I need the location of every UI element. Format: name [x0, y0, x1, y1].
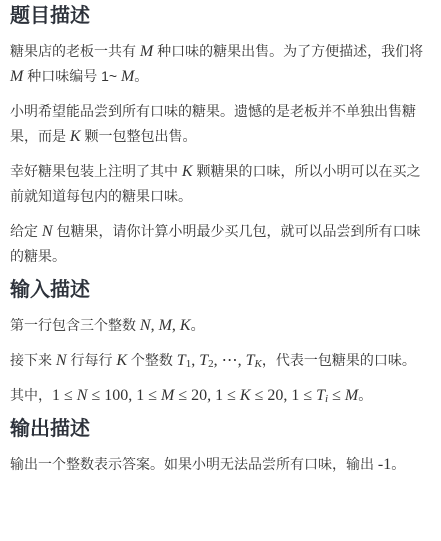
text-run: 给定 [10, 223, 42, 239]
text-run: 个整数 [127, 352, 177, 368]
paragraph: 接下来 N 行每行 K 个整数 T1, T2, ⋯, TK，代表一包糖果的口味。 [10, 348, 431, 373]
text-run: 包糖果，请你计算小明最少买几包，就可以品尝到所有口味的糖果。 [10, 223, 420, 264]
paragraph: 小明希望能品尝到所有口味的糖果。遗憾的是老板并不单独出售糖果，而是 K 颗一包整… [10, 99, 431, 149]
math-expression: N [56, 352, 67, 369]
section-heading-input-description: 输入描述 [10, 279, 431, 301]
text-run: 。 [191, 317, 205, 333]
math-subscript: i [325, 393, 328, 405]
problem-statement: 题目描述糖果店的老板一共有 M 种口味的糖果出售。为了方便描述，我们将 M 种口… [0, 0, 441, 477]
section-input-description: 输入描述第一行包含三个整数 N, M, K。接下来 N 行每行 K 个整数 T1… [10, 279, 431, 408]
paragraph: 给定 N 包糖果，请你计算小明最少买几包，就可以品尝到所有口味的糖果。 [10, 219, 431, 269]
text-run: 颗一包整包出售。 [81, 128, 197, 144]
math-subscript: 2 [208, 358, 214, 370]
paragraph: 幸好糖果包装上注明了其中 K 颗糖果的口味，所以小明可以在买之前就知道每包内的糖… [10, 159, 431, 209]
math-expression: N, M, K [140, 317, 191, 334]
math-expression: M [10, 68, 23, 85]
section-problem-description: 题目描述糖果店的老板一共有 M 种口味的糖果出售。为了方便描述，我们将 M 种口… [10, 5, 431, 269]
math-expression: N [42, 223, 53, 240]
text-run: 其中， [10, 387, 52, 403]
math-expression: M [121, 68, 134, 85]
text-run: 种口味编号 1~ [23, 68, 121, 84]
text-run: 。 [358, 387, 372, 403]
text-run: 糖果店的老板一共有 [10, 43, 140, 59]
math-expression: M [140, 43, 153, 60]
text-run: 。 [134, 68, 148, 84]
math-expression: -1 [378, 456, 391, 473]
math-expression: 1 ≤ N ≤ 100, 1 ≤ M ≤ 20, 1 ≤ K ≤ 20, 1 ≤… [52, 387, 358, 404]
math-subscript: 1 [186, 358, 192, 370]
text-run: 输出一个整数表示答案。如果小明无法品尝所有口味，输出 [10, 456, 378, 472]
text-run: 第一行包含三个整数 [10, 317, 140, 333]
math-expression: K [182, 163, 193, 180]
text-run: 行每行 [67, 352, 117, 368]
math-expression: K [116, 352, 127, 369]
paragraph: 输出一个整数表示答案。如果小明无法品尝所有口味，输出 -1。 [10, 452, 431, 477]
paragraph: 糖果店的老板一共有 M 种口味的糖果出售。为了方便描述，我们将 M 种口味编号 … [10, 39, 431, 89]
text-run: 接下来 [10, 352, 56, 368]
paragraph: 第一行包含三个整数 N, M, K。 [10, 313, 431, 338]
text-run: 。 [391, 456, 405, 472]
text-run: 种口味的糖果出售。为了方便描述，我们将 [153, 43, 423, 59]
math-expression: T1, T2, ⋯, TK [177, 352, 262, 369]
section-output-description: 输出描述输出一个整数表示答案。如果小明无法品尝所有口味，输出 -1。 [10, 418, 431, 477]
section-heading-output-description: 输出描述 [10, 418, 431, 440]
section-heading-problem-description: 题目描述 [10, 5, 431, 27]
math-expression: K [70, 128, 81, 145]
text-run: 幸好糖果包装上注明了其中 [10, 163, 182, 179]
text-run: ，代表一包糖果的口味。 [262, 352, 416, 368]
math-subscript: K [255, 358, 262, 370]
paragraph: 其中，1 ≤ N ≤ 100, 1 ≤ M ≤ 20, 1 ≤ K ≤ 20, … [10, 383, 431, 408]
